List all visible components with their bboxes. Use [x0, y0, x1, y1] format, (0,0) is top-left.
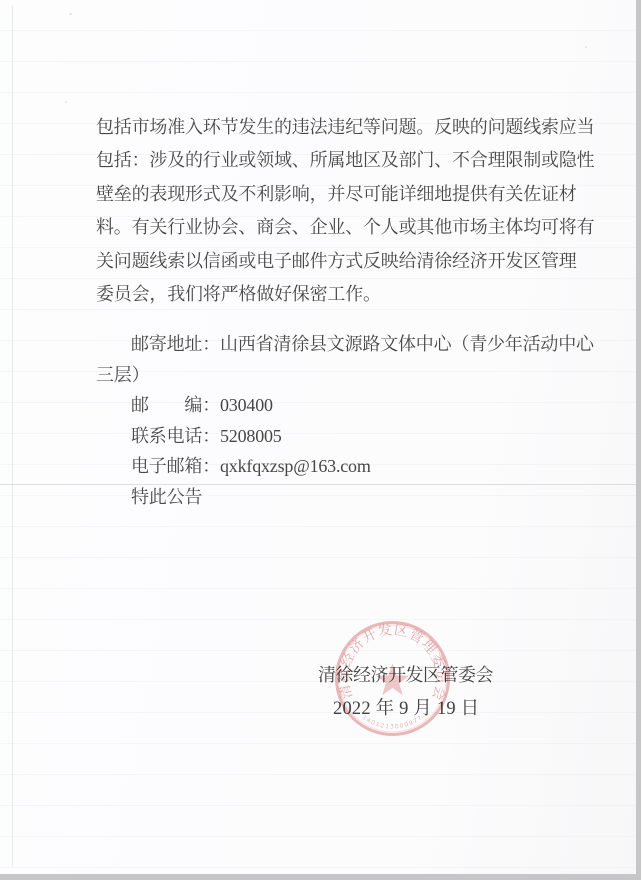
scanned-document-page: 包括市场准入环节发生的违法违纪等问题。反映的问题线索应当 包括：涉及的行业或领域… [0, 0, 636, 874]
closing-announcement-line: 特此公告 [96, 482, 606, 513]
phone-line: 联系电话：5208005 [96, 421, 606, 452]
contact-info-block: 邮寄地址：山西省清徐县文源路文体中心（青少年活动中心 三层） 邮 编：03040… [96, 329, 606, 513]
email-line: 电子邮箱：qxkfqxzsp@163.com [96, 451, 606, 482]
scan-dust-speck [69, 13, 72, 15]
postal-code-line: 邮 编：030400 [96, 390, 606, 421]
seal-star-icon [376, 664, 409, 696]
body-line: 壁垒的表现形式及不利影响，并尽可能详细地提供有关佐证材 [96, 178, 606, 211]
body-line: 委员会，我们将严格做好保密工作。 [96, 278, 606, 311]
scan-dust-speck [585, 46, 587, 48]
scan-fold-line [12, 6, 13, 866]
mailing-address-line: 邮寄地址：山西省清徐县文源路文体中心（青少年活动中心 [96, 329, 606, 360]
body-line: 料。有关行业协会、商会、企业、个人或其他市场主体均可将有 [96, 211, 606, 244]
seal-ring-text: 清徐经济开发区管理委员会 [336, 622, 449, 703]
official-red-seal: 清徐经济开发区管理委员会 1401213000977 [333, 619, 452, 738]
body-line: 包括：涉及的行业或领域、所属地区及部门、不合理限制或隐性 [96, 144, 606, 177]
mailing-address-wrap-line: 三层） [96, 360, 606, 391]
seal-code-number: 1401213000977 [361, 714, 424, 730]
body-paragraph: 包括市场准入环节发生的违法违纪等问题。反映的问题线索应当 包括：涉及的行业或领域… [96, 111, 606, 311]
body-line: 关问题线索以信函或电子邮件方式反映给清徐经济开发区管理 [96, 245, 606, 278]
scan-dust-speck [65, 101, 67, 103]
body-line: 包括市场准入环节发生的违法违纪等问题。反映的问题线索应当 [96, 111, 606, 144]
